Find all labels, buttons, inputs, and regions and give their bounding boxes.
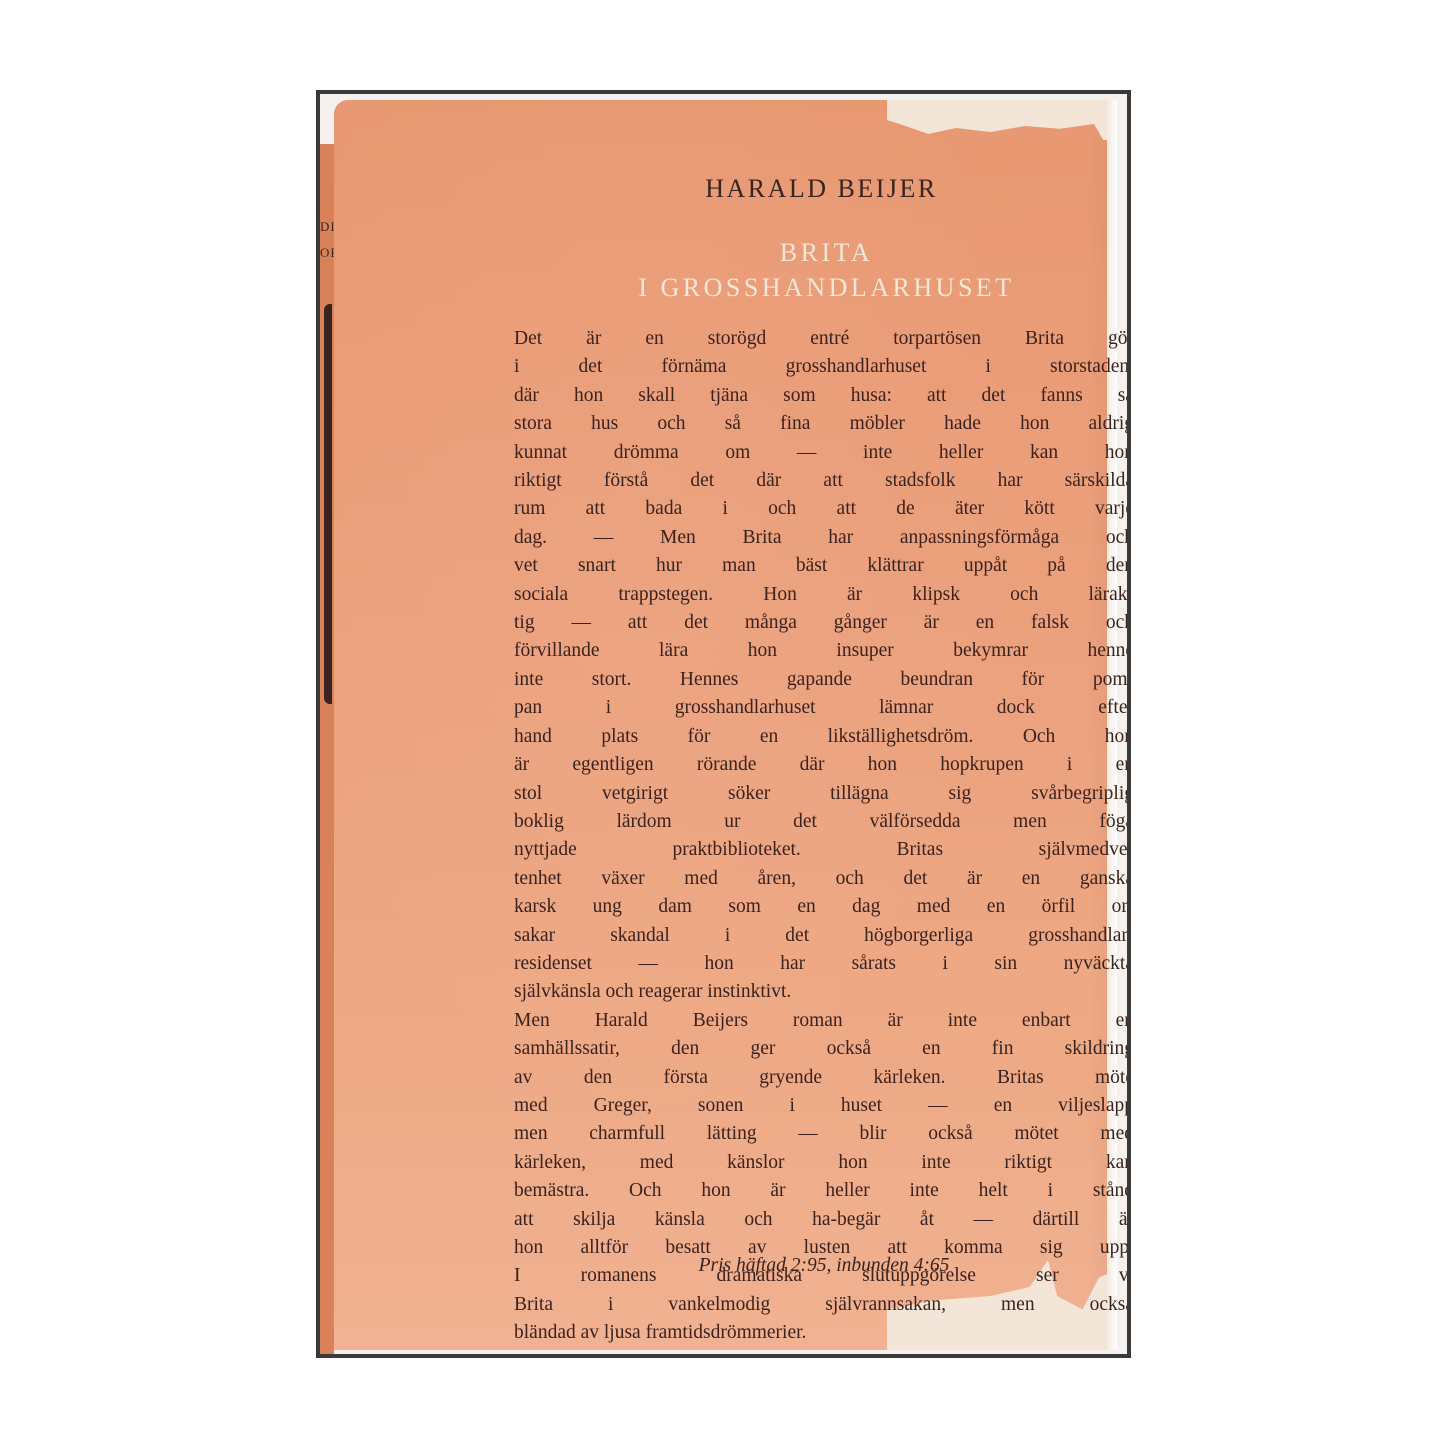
blurb-line: tenhet växer med åren, och det är en gan… [514, 865, 1131, 893]
blurb-line: bländad av ljusa framtidsdrömmerier. [514, 1319, 1131, 1347]
price-text: Pris häftad 2:95, inbunden 4:65 [514, 1255, 1131, 1277]
blurb-line: av den första gryende kärleken. Britas m… [514, 1064, 1131, 1092]
blurb-line: rum att bada i och att de äter kött varj… [514, 495, 1131, 523]
blurb-line: pan i grosshandlarhuset lämnar dock efte… [514, 694, 1131, 722]
blurb-line: inte stort. Hennes gapande beundran för … [514, 666, 1131, 694]
blurb-line: dag. — Men Brita har anpassningsförmåga … [514, 524, 1131, 552]
title-line-2: I GROSSHANDLARHUSET [559, 270, 1094, 305]
blurb-line: stol vetgirigt söker tillägna sig svårbe… [514, 780, 1131, 808]
blurb-line: men charmfull lätting — blir också mötet… [514, 1120, 1131, 1148]
blurb-line: samhällssatir, den ger också en fin skil… [514, 1035, 1131, 1063]
book-title: BRITA I GROSSHANDLARHUSET [559, 235, 1094, 305]
blurb-line: Brita i vankelmodig självrannsakan, men … [514, 1291, 1131, 1319]
blurb-line: i det förnäma grosshandlarhuset i storst… [514, 353, 1131, 381]
blurb-line: att skilja känsla och ha-begär åt — därt… [514, 1206, 1131, 1234]
blurb-line: bemästra. Och hon är heller inte helt i … [514, 1177, 1131, 1205]
blurb-line: riktigt förstå det där att stadsfolk har… [514, 467, 1131, 495]
blurb-line: residenset — hon har sårats i sin nyväck… [514, 950, 1131, 978]
title-line-1: BRITA [559, 235, 1094, 270]
blurb-text: Det är en storögd entré torpartösen Brit… [514, 325, 1131, 1348]
blurb-line: är egentligen rörande där hon hopkrupen … [514, 751, 1131, 779]
torn-corner-top [887, 100, 1117, 140]
blurb-line: vet snart hur man bäst klättrar uppåt på… [514, 552, 1131, 580]
blurb-line: där hon skall tjäna som husa: att det fa… [514, 382, 1131, 410]
blurb-line: sakar skandal i det högborgerliga grossh… [514, 922, 1131, 950]
front-cover-illustration-edge [324, 304, 332, 704]
front-cover-edge: DI OF [320, 144, 334, 1354]
blurb-line: kärleken, med känslor hon inte riktigt k… [514, 1149, 1131, 1177]
blurb-line: självkänsla och reagerar instinktivt. [514, 978, 1131, 1006]
blurb-line: stora hus och så fina möbler hade hon al… [514, 410, 1131, 438]
blurb-line: förvillande lära hon insuper bekymrar he… [514, 637, 1131, 665]
blurb-line: Det är en storögd entré torpartösen Brit… [514, 325, 1131, 353]
blurb-line: kunnat drömma om — inte heller kan hon [514, 439, 1131, 467]
blurb-line: Men Harald Beijers roman är inte enbart … [514, 1007, 1131, 1035]
blurb-line: karsk ung dam som en dag med en örfil or… [514, 893, 1131, 921]
back-cover: HARALD BEIJER BRITA I GROSSHANDLARHUSET … [334, 100, 1117, 1350]
blurb-line: sociala trappstegen. Hon är klipsk och l… [514, 581, 1131, 609]
blurb-line: nyttjade praktbiblioteket. Britas självm… [514, 836, 1131, 864]
blurb-line: boklig lärdom ur det välförsedda men fög… [514, 808, 1131, 836]
blurb-line: hand plats för en likställighetsdröm. Oc… [514, 723, 1131, 751]
book-photo-frame: DI OF HARALD BEIJER BRITA I GROSSHANDLAR… [316, 90, 1131, 1358]
blurb-line: tig — att det många gånger är en falsk o… [514, 609, 1131, 637]
blurb-line: med Greger, sonen i huset — en viljeslap… [514, 1092, 1131, 1120]
author-name: HARALD BEIJER [599, 174, 1044, 204]
